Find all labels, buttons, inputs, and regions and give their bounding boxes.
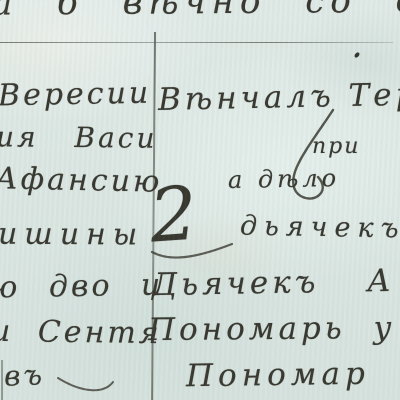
handwriting-line: ия Васи bbox=[0, 123, 158, 152]
handwriting-line: ю дво и bbox=[0, 270, 164, 303]
handwriting-line: Пономар bbox=[186, 359, 370, 393]
handwriting-line: Вересии bbox=[0, 79, 151, 112]
handwriting-line: и Сентя bbox=[0, 317, 162, 349]
handwriting-line: дьячекъ bbox=[240, 213, 400, 243]
handwriting-line: въ bbox=[4, 361, 46, 390]
ink-dot bbox=[354, 51, 361, 58]
handwriting-big-numeral: 2 bbox=[147, 176, 199, 253]
handwriting-header-line: а б вѣчно со сап bbox=[0, 0, 400, 21]
handwriting-line: Дьячекъ А bbox=[152, 266, 395, 301]
handwriting-line: Пономарь у bbox=[148, 313, 396, 346]
handwriting-line: при bbox=[312, 136, 360, 158]
handwriting-line: а дѣло bbox=[228, 166, 340, 192]
handwriting-line: ишины bbox=[0, 220, 144, 251]
handwriting-line: Афансию bbox=[0, 164, 163, 197]
manuscript-page: а б вѣчно со сап Вересии ия Васи Афансию… bbox=[0, 0, 400, 400]
left-edge-rule bbox=[1, 360, 3, 400]
horizontal-rule bbox=[0, 42, 393, 43]
handwriting-line: Вѣнчалъ Тере bbox=[158, 79, 400, 116]
